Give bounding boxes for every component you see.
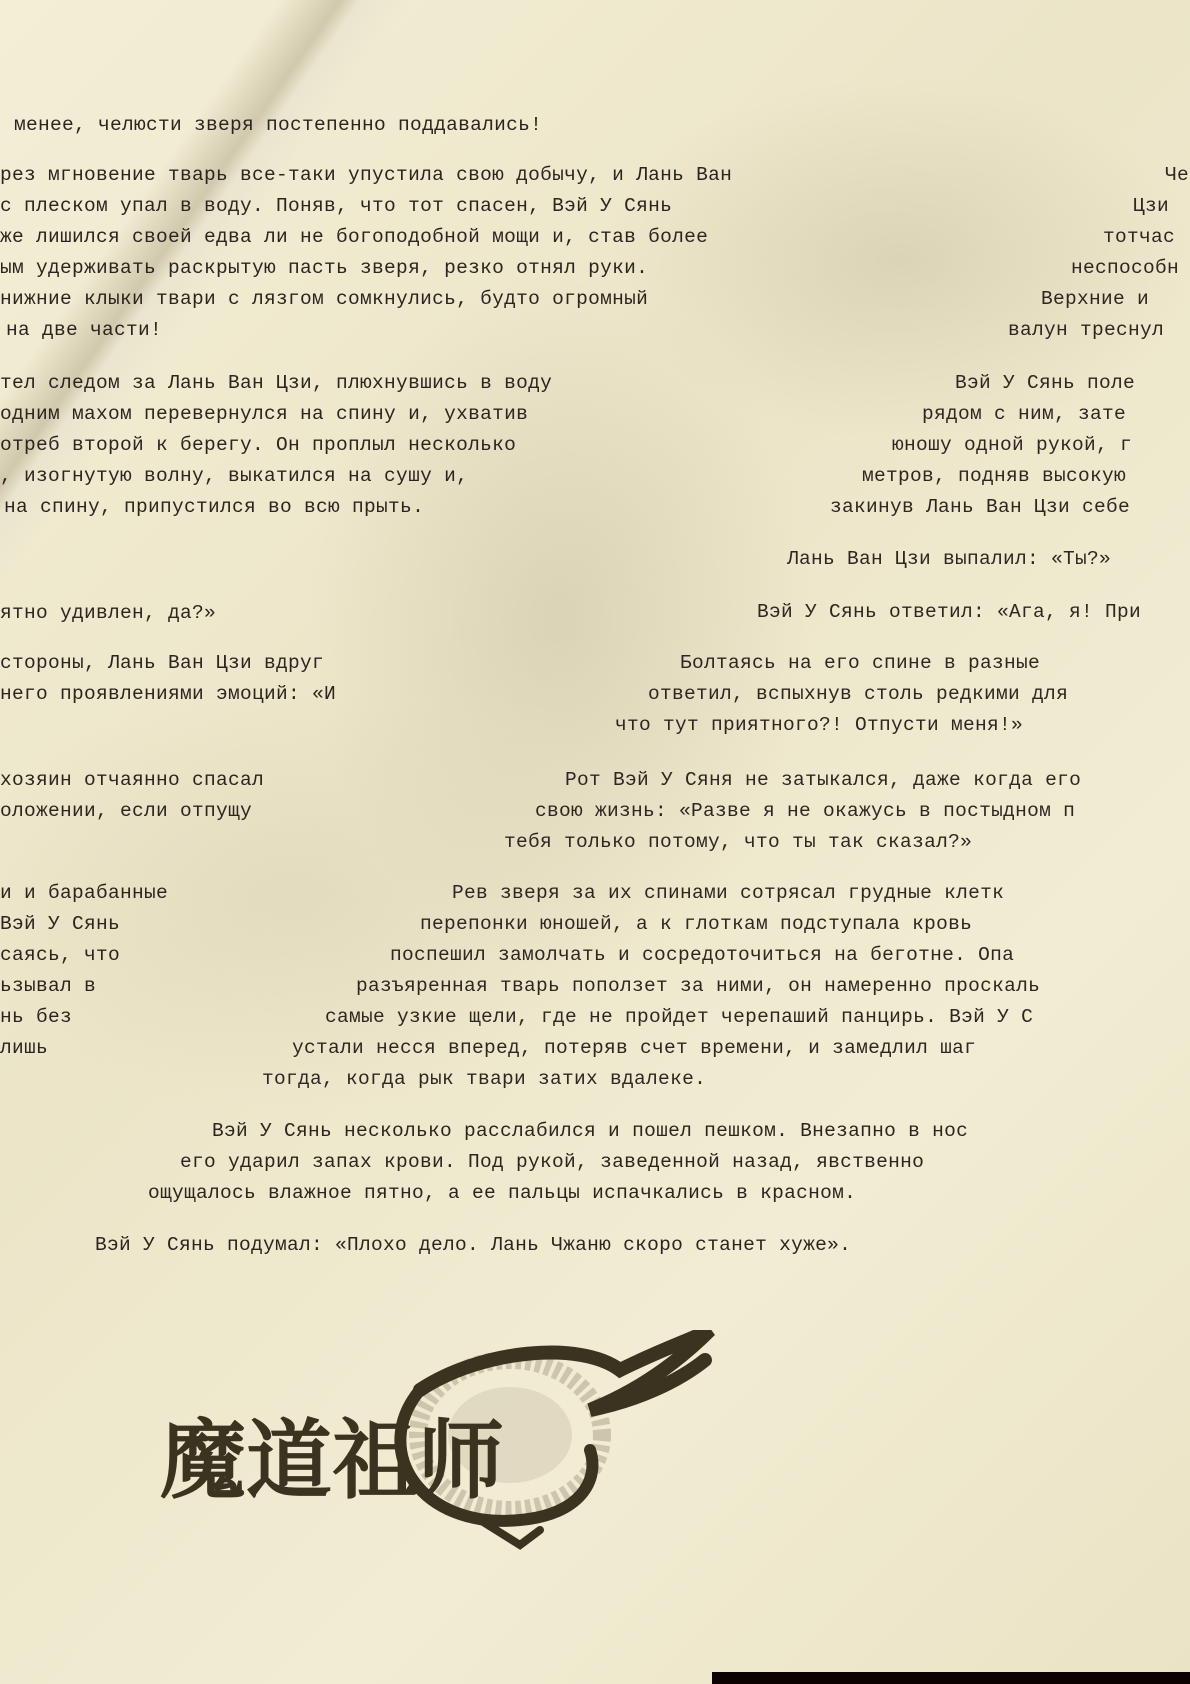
svg-text:魔道祖师: 魔道祖师 [160, 1410, 504, 1511]
text-line: и и барабанные [0, 878, 168, 909]
text-line: Рот Вэй У Сяня не затыкался, даже когда … [565, 765, 1081, 796]
text-line: с плеском упал в воду. Поняв, что тот сп… [0, 191, 672, 222]
text-line: поспешил замолчать и сосредоточиться на … [390, 940, 1014, 971]
text-line: стороны, Лань Ван Цзи вдруг [0, 648, 324, 679]
text-line: перепонки юношей, а к глоткам подступала… [420, 909, 972, 940]
text-line: Цзи [1133, 191, 1169, 222]
text-line: на две части! [6, 315, 162, 346]
text-line: Вэй У Сянь поле [955, 368, 1135, 399]
text-line: его ударил запах крови. Под рукой, завед… [180, 1147, 924, 1178]
text-line: Верхние и [1041, 284, 1149, 315]
text-line: тел следом за Лань Ван Цзи, плюхнувшись … [0, 368, 552, 399]
text-line: неспособн [1071, 253, 1179, 284]
text-line: ответил, вспыхнув столь редкими для [648, 679, 1068, 710]
text-line: тотчас [1103, 222, 1175, 253]
text-line: валун треснул [1008, 315, 1164, 346]
text-line: Вэй У Сянь подумал: «Плохо дело. Лань Чж… [95, 1230, 851, 1261]
text-line: одним махом перевернулся на спину и, ухв… [0, 399, 528, 430]
text-line: Че [1165, 160, 1189, 191]
text-line: ощущалось влажное пятно, а ее пальцы исп… [148, 1178, 856, 1209]
text-line: устали несся вперед, потеряв счет времен… [292, 1033, 976, 1064]
text-line: него проявлениями эмоций: «И [0, 679, 336, 710]
text-line: оложении, если отпущу [0, 796, 252, 827]
text-line: ятно удивлен, да?» [0, 598, 216, 629]
text-line: саясь, что [0, 940, 120, 971]
scan-edge-bar [712, 1672, 1190, 1684]
text-line: разъяренная тварь поползет за ними, он н… [356, 971, 1040, 1002]
text-line: что тут приятного?! Отпусти меня!» [615, 710, 1023, 741]
calligraphy-emblem: 魔道祖师 [120, 1330, 720, 1560]
text-line: на спину, припустился во всю прыть. [4, 492, 424, 523]
text-line: Болтаясь на его спине в разные [680, 648, 1040, 679]
text-line: свою жизнь: «Разве я не окажусь в постыд… [535, 796, 1075, 827]
text-line: ьзывал в [0, 971, 96, 1002]
text-line: лишь [0, 1033, 48, 1064]
text-line: Вэй У Сянь несколько расслабился и пошел… [212, 1116, 968, 1147]
text-line: юношу одной рукой, г [892, 430, 1132, 461]
text-line: , изогнутую волну, выкатился на сушу и, [0, 461, 468, 492]
logo-icon: 魔道祖师 [120, 1330, 720, 1560]
text-line: Вэй У Сянь ответил: «Ага, я! При [757, 597, 1141, 628]
text-line: Рев зверя за их спинами сотрясал грудные… [452, 878, 1004, 909]
text-line: нижние клыки твари с лязгом сомкнулись, … [0, 284, 648, 315]
text-line: отреб второй к берегу. Он проплыл нескол… [0, 430, 516, 461]
text-line: менее, челюсти зверя постепенно поддавал… [14, 110, 542, 141]
text-line: тогда, когда рык твари затих вдалеке. [262, 1064, 706, 1095]
text-line: ым удерживать раскрытую пасть зверя, рез… [0, 253, 648, 284]
text-line: Вэй У Сянь [0, 909, 120, 940]
text-line: Лань Ван Цзи выпалил: «Ты?» [787, 544, 1111, 575]
text-line: закинув Лань Ван Цзи себе [830, 492, 1130, 523]
text-line: нь без [0, 1002, 72, 1033]
text-line: рез мгновение тварь все-таки упустила св… [0, 160, 732, 191]
text-line: же лишился своей едва ли не богоподобной… [0, 222, 708, 253]
text-line: рядом с ним, зате [922, 399, 1126, 430]
text-line: самые узкие щели, где не пройдет черепаш… [325, 1002, 1033, 1033]
text-line: хозяин отчаянно спасал [0, 765, 264, 796]
text-line: тебя только потому, что ты так сказал?» [504, 827, 972, 858]
text-line: метров, подняв высокую [862, 461, 1126, 492]
